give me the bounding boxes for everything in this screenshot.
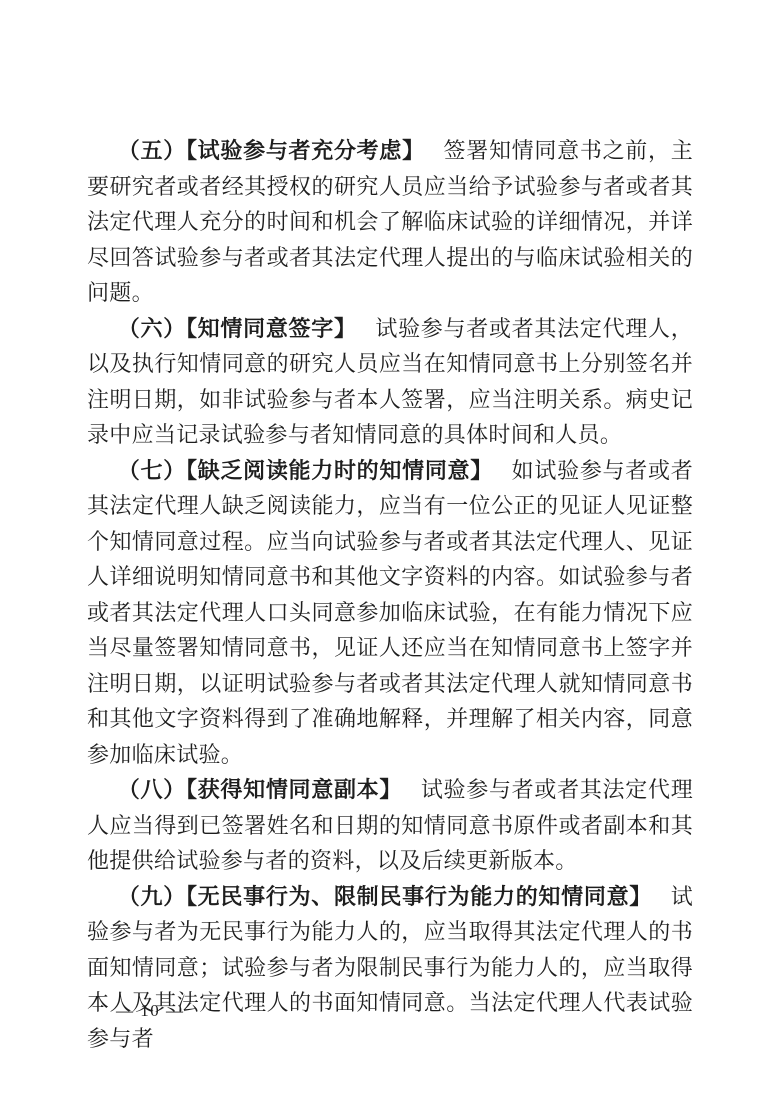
clause-heading: （七）【缺乏阅读能力时的知情同意】	[118, 458, 493, 483]
clause-heading: （六）【知情同意签字】	[118, 316, 357, 341]
clause-paragraph-5: （五）【试验参与者充分考虑】签署知情同意书之前，主要研究者或者经其授权的研究人员…	[87, 133, 693, 311]
clause-heading: （五）【试验参与者充分考虑】	[118, 138, 425, 163]
clause-heading: （九）【无民事行为、限制民事行为能力的知情同意】	[118, 884, 652, 909]
page-number: — 10 —	[116, 1001, 185, 1021]
clause-paragraph-9: （九）【无民事行为、限制民事行为能力的知情同意】试验参与者为无民事行为能力人的，…	[87, 879, 693, 1057]
clause-heading: （八）【获得知情同意副本】	[118, 777, 402, 802]
clause-body: 签署知情同意书之前，主要研究者或者经其授权的研究人员应当给予试验参与者或者其法定…	[87, 138, 693, 305]
clause-body: 如试验参与者或者其法定代理人缺乏阅读能力，应当有一位公正的见证人见证整个知情同意…	[87, 458, 693, 767]
clause-paragraph-7: （七）【缺乏阅读能力时的知情同意】如试验参与者或者其法定代理人缺乏阅读能力，应当…	[87, 453, 693, 773]
document-page: （五）【试验参与者充分考虑】签署知情同意书之前，主要研究者或者经其授权的研究人员…	[0, 0, 781, 1105]
document-body: （五）【试验参与者充分考虑】签署知情同意书之前，主要研究者或者经其授权的研究人员…	[87, 133, 693, 1056]
clause-paragraph-6: （六）【知情同意签字】试验参与者或者其法定代理人，以及执行知情同意的研究人员应当…	[87, 311, 693, 453]
clause-paragraph-8: （八）【获得知情同意副本】试验参与者或者其法定代理人应当得到已签署姓名和日期的知…	[87, 772, 693, 879]
